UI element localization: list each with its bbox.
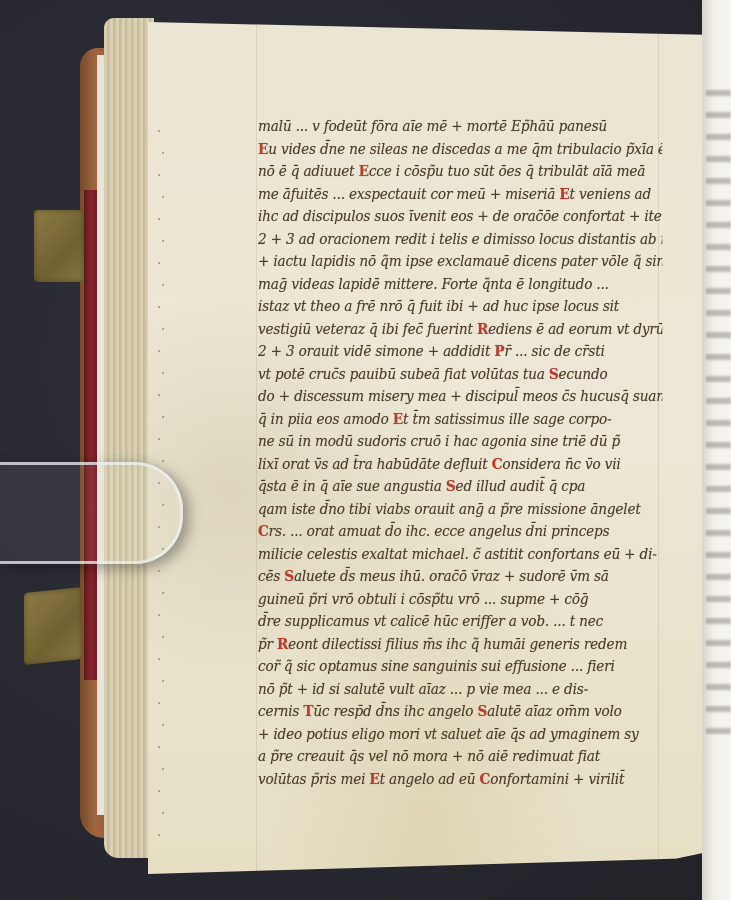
- line-text: q̄ in piia eos amodo: [258, 412, 393, 428]
- rubricated-initial: P: [494, 343, 504, 360]
- rubricated-initial: S: [446, 478, 456, 495]
- manuscript-line: nō p̃t + id si salutē vult aīaz ... p…: [258, 679, 662, 702]
- line-text: ihc ad discipulos suos īvenit eos + de …: [258, 209, 662, 225]
- page-stack-edges: [104, 18, 154, 858]
- manuscript-line: lixī orat v̄s ad t̄ra habūdāte deflui…: [258, 454, 662, 477]
- manuscript-line: Eu vides d̄ne ne sileas ne discedas a me…: [258, 139, 662, 162]
- line-text: d̄re supplicamus vt calicē hūc eriffer…: [258, 614, 603, 630]
- manuscript-line: d̄re supplicamus vt calicē hūc eriffer…: [258, 611, 662, 634]
- manuscript-line: istaz vt theo a frē nrō q̄ fuit ibi + …: [258, 296, 662, 319]
- rubricated-initial: E: [359, 163, 369, 180]
- line-text: alutē aīaz om̄m volo: [487, 704, 622, 720]
- line-text: a p̃re creauit q̄s vel nō mora + nō ai…: [258, 749, 600, 765]
- manuscript-line: + iactu lapidis nō q̃m ipse exclamauē …: [258, 251, 662, 274]
- manuscript-line: maḡ videas lapidē mittere. Forte q̃nta…: [258, 274, 662, 297]
- line-text: malū ... v fodeūt fōra aīe mē + mor…: [258, 119, 607, 135]
- manuscript-line: vestigiū veteraz q̄ ibi fec̄ fuerint Re…: [258, 319, 662, 342]
- manuscript-line: Crs. ... orat amuat d̄o ihc. ecce angelu…: [258, 521, 662, 544]
- line-text: ecundo: [558, 367, 607, 383]
- line-text: aluete d̄s meus ihū. orac̄ō v̄raz + su…: [294, 569, 609, 585]
- manuscript-line: qam iste d̄no tibi viabs orauit anḡ a p…: [258, 499, 662, 522]
- manuscript-line: volūtas p̃ris mei Et angelo ad eū Conf…: [258, 769, 662, 792]
- rubricated-initial: E: [369, 771, 379, 788]
- line-text: vt potē cruc̄s pauibū subeā fiat volu…: [258, 367, 549, 383]
- line-text: vestigiū veteraz q̄ ibi fec̄ fuerint: [258, 322, 477, 338]
- rubricated-initial: R: [277, 636, 288, 653]
- manuscript-line: q̄sta ē in q̄ aīe sue angustia Sed ill…: [258, 476, 662, 499]
- ruling-line-left: [256, 22, 257, 874]
- line-text: onfortamini + virilit̄: [490, 772, 624, 788]
- line-text: qam iste d̄no tibi viabs orauit anḡ a p…: [258, 502, 641, 518]
- manuscript-line: milicie celestis exaltat michael. c̃ ast…: [258, 544, 662, 567]
- line-text: rs. ... orat amuat d̄o ihc. ecce angelus…: [269, 524, 610, 540]
- line-text: ediens ē ad eorum vt dyrū: [488, 322, 662, 338]
- clasp-tab-bottom: [24, 587, 82, 665]
- line-text: onsidera n̄c v̄o vii: [502, 457, 620, 473]
- line-text: r̄ ... sic de cr̄sti: [504, 344, 604, 360]
- manuscript-line: cernis Tūc resp̄d d̄ns ihc angelo Salut…: [258, 701, 662, 724]
- manuscript-line: me āfuitēs ... exspectauit cor meū + …: [258, 184, 662, 207]
- line-text: cernis: [258, 704, 303, 720]
- line-text: cor̃ q̃ sic optamus sine sanguinis sui e…: [258, 659, 615, 675]
- line-text: 2 + 3 ad oracionem redit i telis e dimis…: [258, 232, 662, 248]
- rubricated-initial: E: [258, 141, 268, 158]
- manuscript-line: 2 + 3 ad oracionem redit i telis e dimis…: [258, 229, 662, 252]
- manuscript-line: vt potē cruc̄s pauibū subeā fiat volu…: [258, 364, 662, 387]
- line-text: u vides d̄ne ne sileas ne discedas a me …: [268, 142, 662, 158]
- manuscript-line: ne sū in modū sudoris cruō i hac agon…: [258, 431, 662, 454]
- line-text: + ideo potius eligo mori vt saluet aīe …: [258, 727, 639, 743]
- rubricated-initial: C: [258, 523, 269, 540]
- line-text: maḡ videas lapidē mittere. Forte q̃nta…: [258, 277, 609, 293]
- line-text: ne sū in modū sudoris cruō i hac agon…: [258, 434, 620, 450]
- manuscript-line: q̄ in piia eos amodo Et t̄m satissimus i…: [258, 409, 662, 432]
- line-text: istaz vt theo a frē nrō q̄ fuit ibi + …: [258, 299, 619, 315]
- line-text: eont dilectissi filius m̄s ihc q̃ humāi…: [288, 637, 627, 653]
- line-text: lixī orat v̄s ad t̄ra habūdāte deflui…: [258, 457, 492, 473]
- line-text: t veniens ad: [570, 187, 651, 203]
- line-text: milicie celestis exaltat michael. c̃ ast…: [258, 547, 657, 563]
- clasp-tab-top: [34, 210, 84, 282]
- line-text: ed illud audit̄ q̄ cpa: [456, 479, 586, 495]
- line-text: t angelo ad eū: [380, 772, 480, 788]
- manuscript-line: 2 + 3 orauit vidē simone + addidit Pr̄ …: [258, 341, 662, 364]
- manuscript-text-block: malū ... v fodeūt fōra aīe mē + mor…: [258, 116, 688, 791]
- line-text: nō p̃t + id si salutē vult aīaz ... p…: [258, 682, 588, 698]
- rubricated-initial: E: [393, 411, 403, 428]
- line-text: q̄sta ē in q̄ aīe sue angustia: [258, 479, 446, 495]
- rubricated-initial: S: [284, 568, 294, 585]
- line-text: volūtas p̃ris mei: [258, 772, 369, 788]
- line-text: do + discessum misery mea + discipul̄ me…: [258, 389, 662, 405]
- line-text: t t̄m satissimus ille sage corpo-: [403, 412, 611, 428]
- rubricated-initial: T: [303, 703, 313, 720]
- manuscript-line: a p̃re creauit q̄s vel nō mora + nō ai…: [258, 746, 662, 769]
- rubricated-initial: S: [477, 703, 487, 720]
- manuscript-line: do + discessum misery mea + discipul̄ me…: [258, 386, 662, 409]
- manuscript-line: ihc ad discipulos suos īvenit eos + de …: [258, 206, 662, 229]
- manuscript-line: guineū p̃ri vrō obtuli i cōsp̃tu vrō…: [258, 589, 662, 612]
- rubricated-initial: C: [492, 456, 503, 473]
- manuscript-line: cor̃ q̃ sic optamus sine sanguinis sui e…: [258, 656, 662, 679]
- manuscript-line: p̃r Reont dilectissi filius m̄s ihc q̃ h…: [258, 634, 662, 657]
- line-text: ūc resp̄d d̄ns ihc angelo: [313, 704, 477, 720]
- line-text: p̃r: [258, 637, 277, 653]
- line-text: 2 + 3 orauit vidē simone + addidit: [258, 344, 494, 360]
- line-text: + iactu lapidis nō q̃m ipse exclamauē …: [258, 254, 662, 270]
- manuscript-line: malū ... v fodeūt fōra aīe mē + mor…: [258, 116, 662, 139]
- line-text: cce i cōsp̃u tuo sūt ōes q̄ tribulāt…: [369, 164, 645, 180]
- rubricated-initial: S: [549, 366, 559, 383]
- rubricated-initial: C: [480, 771, 491, 788]
- rubricated-initial: E: [559, 186, 569, 203]
- line-text: cēs: [258, 569, 284, 585]
- manuscript-line: + ideo potius eligo mori vt saluet aīe …: [258, 724, 662, 747]
- book-snake-weight: [0, 462, 183, 564]
- red-cover-band: [84, 190, 98, 680]
- rubricated-initial: R: [477, 321, 488, 338]
- line-text: me āfuitēs ... exspectauit cor meū + …: [258, 187, 559, 203]
- manuscript-line: nō ē q̄ adiuuet Ecce i cōsp̃u tuo sū…: [258, 161, 662, 184]
- facing-page-text: [706, 90, 731, 740]
- line-text: nō ē q̄ adiuuet: [258, 164, 359, 180]
- line-text: guineū p̃ri vrō obtuli i cōsp̃tu vrō…: [258, 592, 588, 608]
- manuscript-line: cēs Saluete d̄s meus ihū. orac̄ō v̄ra…: [258, 566, 662, 589]
